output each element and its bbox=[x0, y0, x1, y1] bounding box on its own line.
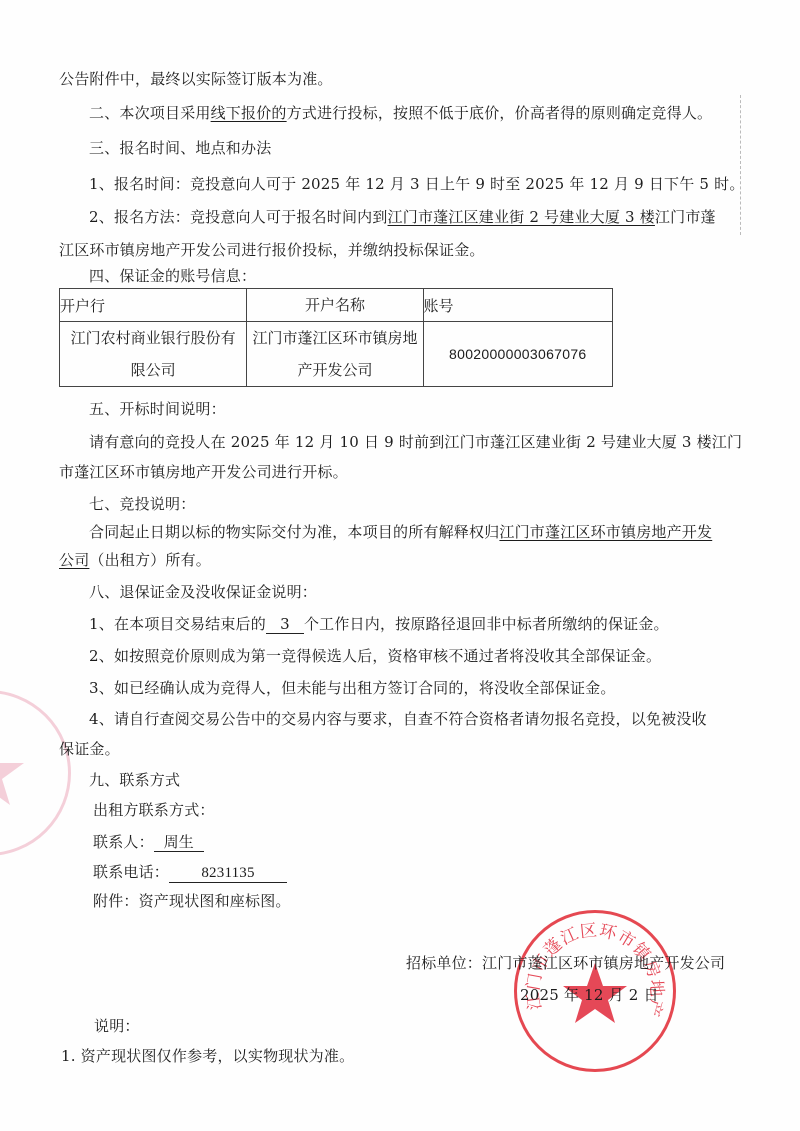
issue-date: 2025 年 12 月 2 日 bbox=[520, 985, 659, 1005]
issuer-signature: 招标单位：江门市蓬江区环市镇房地产开发公司 bbox=[406, 953, 725, 973]
section-7-line-1-underlined: 江门市蓬江区环市镇房地产开发 bbox=[499, 523, 712, 541]
account-name-line-2: 产开发公司 bbox=[247, 354, 422, 386]
section-2: 二、本次项目采用线下报价的方式进行投标，按照不低于底价，价高者得的原则确定竞得人… bbox=[89, 103, 712, 123]
table-cell-bank: 江门农村商业银行股份有 限公司 bbox=[60, 322, 247, 387]
section-9-heading: 九、联系方式 bbox=[89, 770, 180, 790]
section-7-line-2-suffix: （出租方）所有。 bbox=[89, 551, 211, 569]
section-5-heading: 五、开标时间说明： bbox=[89, 399, 226, 419]
section-2-prefix: 二、本次项目采用 bbox=[89, 104, 211, 122]
table-cell-account-name: 江门市蓬江区环市镇房地 产开发公司 bbox=[247, 322, 423, 387]
section-8-heading: 八、退保证金及没收保证金说明： bbox=[89, 582, 317, 602]
section-8-item-1-days: 3 bbox=[266, 615, 304, 634]
section-3-item-2-line-2: 江区环市镇房地产开发公司进行报价投标，并缴纳投标保证金。 bbox=[59, 240, 485, 260]
section-3-item-2-prefix: 2、报名方法：竞投意向人可于报名时间内到 bbox=[89, 208, 388, 226]
intro-continuation: 公告附件中，最终以实际签订版本为准。 bbox=[59, 69, 333, 89]
section-7-line-1-prefix: 合同起止日期以标的物实际交付为准，本项目的所有解释权归 bbox=[89, 523, 499, 541]
bank-line-2: 限公司 bbox=[60, 354, 246, 386]
section-5-line-1: 请有意向的竞投人在 2025 年 12 月 10 日 9 时前到江门市蓬江区建业… bbox=[89, 432, 742, 452]
lessor-contact-label: 出租方联系方式： bbox=[93, 800, 215, 820]
notes-item-1: 1. 资产现状图仅作参考，以实物现状为准。 bbox=[61, 1046, 354, 1066]
section-2-underlined: 线下报价的 bbox=[211, 104, 287, 122]
contact-phone: 联系电话：8231135 bbox=[93, 862, 287, 883]
table-header-bank: 开户行 bbox=[60, 289, 247, 322]
notes-heading: 说明： bbox=[94, 1016, 140, 1036]
deposit-account-table: 开户行 开户名称 账号 江门农村商业银行股份有 限公司 江门市蓬江区环市镇房地 … bbox=[59, 288, 613, 387]
bank-line-1: 江门农村商业银行股份有 bbox=[60, 322, 246, 354]
table-row: 江门农村商业银行股份有 限公司 江门市蓬江区环市镇房地 产开发公司 800200… bbox=[60, 322, 613, 387]
contact-person: 联系人：周生 bbox=[93, 832, 204, 852]
section-8-item-4-line-1: 4、请自行查阅交易公告中的交易内容与要求，自查不符合资格者请勿报名竞投，以免被没… bbox=[89, 709, 707, 729]
section-7-heading: 七、竞投说明： bbox=[89, 494, 195, 514]
section-8-item-1-suffix: 个工作日内，按原路径退回非中标者所缴纳的保证金。 bbox=[304, 615, 669, 633]
section-8-item-2: 2、如按照竞价原则成为第一竞得候选人后，资格审核不通过者将没收其全部保证金。 bbox=[89, 646, 661, 666]
contact-phone-label: 联系电话： bbox=[93, 863, 169, 881]
section-3-heading: 三、报名时间、地点和办法 bbox=[89, 138, 271, 158]
section-8-item-3: 3、如已经确认成为竞得人，但未能与出租方签订合同的，将没收全部保证金。 bbox=[89, 678, 616, 698]
table-cell-account-number: 80020000003067076 bbox=[423, 322, 612, 387]
section-7-line-2-underlined: 公司 bbox=[59, 551, 89, 569]
section-7-line-1: 合同起止日期以标的物实际交付为准，本项目的所有解释权归江门市蓬江区环市镇房地产开… bbox=[89, 522, 712, 542]
attachment-note: 附件：资产现状图和座标图。 bbox=[93, 891, 291, 911]
section-8-item-1-prefix: 1、在本项目交易结束后的 bbox=[89, 615, 266, 633]
section-7-line-2: 公司（出租方）所有。 bbox=[59, 550, 211, 570]
contact-phone-value: 8231135 bbox=[169, 864, 287, 883]
section-3-item-2-address: 江门市蓬江区建业街 2 号建业大厦 3 楼 bbox=[388, 208, 655, 226]
contact-person-label: 联系人： bbox=[93, 833, 154, 851]
account-name-line-1: 江门市蓬江区环市镇房地 bbox=[247, 322, 422, 354]
scan-margin-mark bbox=[740, 95, 741, 235]
section-8-item-1: 1、在本项目交易结束后的3个工作日内，按原路径退回非中标者所缴纳的保证金。 bbox=[89, 614, 669, 634]
table-header-row: 开户行 开户名称 账号 bbox=[60, 289, 613, 322]
section-8-item-4-line-2: 保证金。 bbox=[59, 739, 120, 759]
partial-seal-left bbox=[0, 690, 71, 856]
section-3-item-2: 2、报名方法：竞投意向人可于报名时间内到江门市蓬江区建业街 2 号建业大厦 3 … bbox=[89, 207, 716, 227]
section-4-heading: 四、保证金的账号信息： bbox=[89, 266, 256, 286]
section-3-item-2-suffix: 江门市蓬 bbox=[655, 208, 716, 226]
section-3-item-1: 1、报名时间：竞投意向人可于 2025 年 12 月 3 日上午 9 时至 20… bbox=[89, 174, 745, 194]
section-2-suffix: 方式进行投标，按照不低于底价，价高者得的原则确定竞得人。 bbox=[287, 104, 713, 122]
table-header-account-number: 账号 bbox=[423, 289, 612, 322]
table-header-account-name: 开户名称 bbox=[247, 289, 423, 322]
contact-person-value: 周生 bbox=[154, 833, 204, 852]
section-5-line-2: 市蓬江区环市镇房地产开发公司进行开标。 bbox=[59, 462, 348, 482]
document-page: 公告附件中，最终以实际签订版本为准。 二、本次项目采用线下报价的方式进行投标，按… bbox=[0, 0, 800, 1131]
